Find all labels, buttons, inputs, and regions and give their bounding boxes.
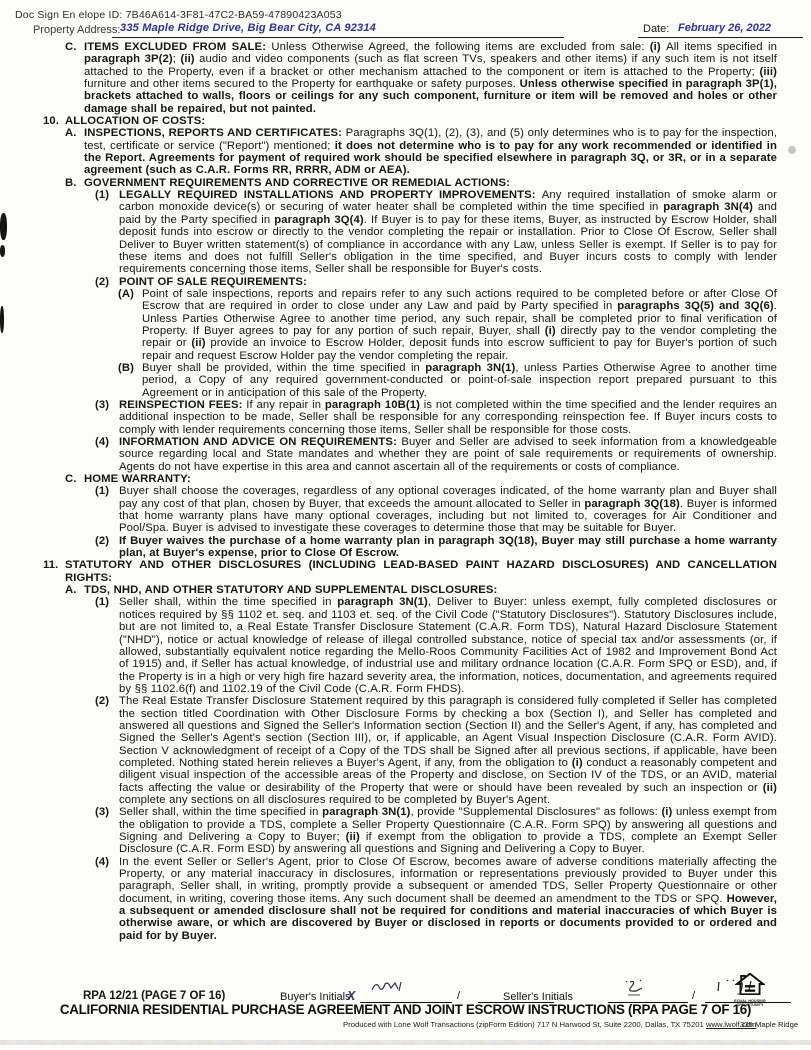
docusign-envelope-id: Doc Sign En elope ID: 7B46A614-3F81-47C2… xyxy=(15,9,342,21)
paragraph-label: (2) xyxy=(95,695,109,707)
paragraph-text: Buyer shall be provided, within the time… xyxy=(142,362,777,399)
paragraph-label: 10. xyxy=(43,115,59,127)
paragraph-text: POINT OF SALE REQUIREMENTS: xyxy=(119,276,307,288)
equal-housing-house-icon xyxy=(735,973,765,995)
paragraph-1: (1)Buyer shall choose the coverages, reg… xyxy=(119,485,777,534)
paragraph-text: Seller shall, within the time specified … xyxy=(119,596,777,694)
document-title: CALIFORNIA RESIDENTIAL PURCHASE AGREEMEN… xyxy=(0,1002,811,1017)
scan-artifact xyxy=(0,245,5,257)
paragraph-label: (4) xyxy=(95,436,109,448)
paragraph-label: A. xyxy=(65,127,77,139)
paragraph-text: If Buyer waives the purchase of a home w… xyxy=(119,535,777,559)
paragraph-10: 10.ALLOCATION OF COSTS: xyxy=(65,115,777,127)
paragraph-2: (2)POINT OF SALE REQUIREMENTS: xyxy=(119,276,777,288)
paragraph-text: REINSPECTION FEES: If any repair in para… xyxy=(119,399,777,436)
paragraph-text: ITEMS EXCLUDED FROM SALE: Unless Otherwi… xyxy=(84,41,777,115)
initials-slash: / xyxy=(457,990,460,1002)
paragraph-a: (A)Point of sale inspections, reports an… xyxy=(142,288,777,362)
produced-by-text: Produced with Lone Wolf Transactions (zi… xyxy=(343,1020,756,1029)
document-body: C.ITEMS EXCLUDED FROM SALE: Unless Other… xyxy=(0,41,811,987)
paragraph-b: B.GOVERNMENT REQUIREMENTS AND CORRECTIVE… xyxy=(84,177,777,189)
buyers-initials-x-marker: X xyxy=(347,989,355,1003)
paragraph-text: STATUTORY AND OTHER DISCLOSURES (INCLUDI… xyxy=(65,559,777,583)
property-address-underline xyxy=(112,37,564,38)
paragraph-text: In the event Seller or Seller's Agent, p… xyxy=(119,856,777,942)
paragraph-text: ALLOCATION OF COSTS: xyxy=(65,115,205,127)
paragraph-2: (2)The Real Estate Transfer Disclosure S… xyxy=(119,695,777,806)
paragraph-text: Seller shall, within the time specified … xyxy=(119,806,777,855)
paragraph-text: HOME WARRANTY: xyxy=(84,473,191,485)
paragraph-b: (B)Buyer shall be provided, within the t… xyxy=(142,362,777,399)
paragraph-label: (1) xyxy=(95,596,109,608)
paragraph-label: (A) xyxy=(118,288,134,300)
paragraph-label: (B) xyxy=(118,362,134,374)
scan-noise-strip xyxy=(0,1040,811,1045)
buyer-initials-field-1[interactable] xyxy=(360,988,452,1003)
paragraph-label: (2) xyxy=(95,276,109,288)
document-reference: 335 Maple Ridge xyxy=(740,1020,798,1029)
initials-slash: / xyxy=(692,990,695,1002)
paragraph-label: C. xyxy=(65,473,77,485)
paragraph-label: (3) xyxy=(95,806,109,818)
date-underline xyxy=(638,37,803,38)
seller-initial-signature-1 xyxy=(616,978,662,996)
date-value: February 26, 2022 xyxy=(678,22,771,34)
property-address-label: Property Address: xyxy=(33,24,120,36)
paragraph-label: (1) xyxy=(95,189,109,201)
paragraph-1: (1)Seller shall, within the time specifi… xyxy=(119,596,777,695)
paragraph-c: C.HOME WARRANTY: xyxy=(84,473,777,485)
paragraph-text: GOVERNMENT REQUIREMENTS AND CORRECTIVE O… xyxy=(84,177,510,189)
scan-artifact xyxy=(0,213,7,240)
paragraph-label: 11. xyxy=(43,559,58,571)
produced-by-label: Produced with Lone Wolf Transactions (zi… xyxy=(343,1020,704,1029)
paragraph-3: (3)REINSPECTION FEES: If any repair in p… xyxy=(119,399,777,436)
paragraph-2: (2)If Buyer waives the purchase of a hom… xyxy=(119,535,777,560)
paragraph-a: A.TDS, NHD, AND OTHER STATUTORY AND SUPP… xyxy=(84,584,777,596)
form-code: RPA 12/21 (PAGE 7 OF 16) xyxy=(83,990,225,1002)
scan-artifact xyxy=(788,146,796,154)
paragraph-4: (4)INFORMATION AND ADVICE ON REQUIREMENT… xyxy=(119,436,777,473)
seller-initials-field-1[interactable] xyxy=(608,988,688,1003)
paragraph-a: A.INSPECTIONS, REPORTS AND CERTIFICATES:… xyxy=(84,127,777,176)
paragraph-label: C. xyxy=(65,41,77,53)
paragraph-text: TDS, NHD, AND OTHER STATUTORY AND SUPPLE… xyxy=(84,584,497,596)
paragraph-3: (3)Seller shall, within the time specifi… xyxy=(119,806,777,855)
paragraph-4: (4)In the event Seller or Seller's Agent… xyxy=(119,856,777,942)
paragraph-label: B. xyxy=(65,177,77,189)
paragraph-label: (3) xyxy=(95,399,109,411)
document-page: Doc Sign En elope ID: 7B46A614-3F81-47C2… xyxy=(0,0,811,1050)
date-label: Date: xyxy=(643,23,669,35)
paragraph-label: A. xyxy=(65,584,77,596)
paragraph-1: (1)LEGALLY REQUIRED INSTALLATIONS AND PR… xyxy=(119,189,777,275)
paragraph-text: INSPECTIONS, REPORTS AND CERTIFICATES: P… xyxy=(84,127,777,176)
paragraph-text: Buyer shall choose the coverages, regard… xyxy=(119,485,777,534)
paragraph-text: LEGALLY REQUIRED INSTALLATIONS AND PROPE… xyxy=(119,189,777,275)
paragraph-label: (4) xyxy=(95,856,109,868)
paragraph-text: INFORMATION AND ADVICE ON REQUIREMENTS: … xyxy=(119,436,777,473)
paragraph-c: C.ITEMS EXCLUDED FROM SALE: Unless Other… xyxy=(84,41,777,115)
paragraph-label: (2) xyxy=(95,535,109,547)
paragraph-text: Point of sale inspections, reports and r… xyxy=(142,288,777,362)
paragraph-text: The Real Estate Transfer Disclosure Stat… xyxy=(119,695,777,806)
paragraph-label: (1) xyxy=(95,485,109,497)
paragraph-11: 11.STATUTORY AND OTHER DISCLOSURES (INCL… xyxy=(65,559,777,584)
buyer-initial-signature xyxy=(368,978,410,994)
scan-artifact xyxy=(0,306,4,333)
property-address-row: Property Address: 335 Maple Ridge Drive,… xyxy=(0,22,811,40)
property-address-value: 335 Maple Ridge Drive, Big Bear City, CA… xyxy=(120,22,376,34)
